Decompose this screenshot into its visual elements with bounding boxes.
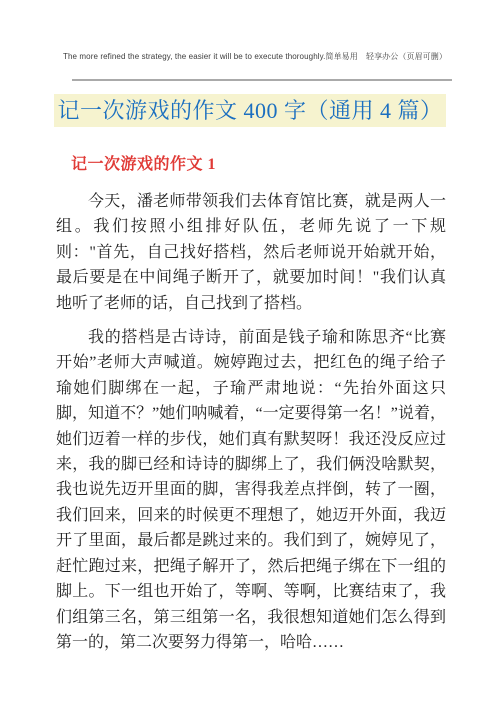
document-title-text: 记一次游戏的作文 400 字（通用 4 篇） xyxy=(54,94,445,127)
document-page: The more refined the strategy, the easie… xyxy=(0,0,500,708)
header-divider xyxy=(72,79,452,81)
essay-paragraph: 今天，潘老师带领我们去体育馆比赛，就是两人一组。我们按照小组排好队伍，老师先说了… xyxy=(56,189,446,316)
essay-paragraph: 我的搭档是古诗诗，前面是钱子瑜和陈思齐“比赛开始”老师大声喊道。婉婷跑过去，把红… xyxy=(56,325,446,655)
page-header-text: The more refined the strategy, the easie… xyxy=(58,51,452,62)
document-title: 记一次游戏的作文 400 字（通用 4 篇） xyxy=(0,94,500,125)
essay-body: 今天，潘老师带领我们去体育馆比赛，就是两人一组。我们按照小组排好队伍，老师先说了… xyxy=(56,189,446,664)
section-heading: 记一次游戏的作文 1 xyxy=(71,151,216,174)
